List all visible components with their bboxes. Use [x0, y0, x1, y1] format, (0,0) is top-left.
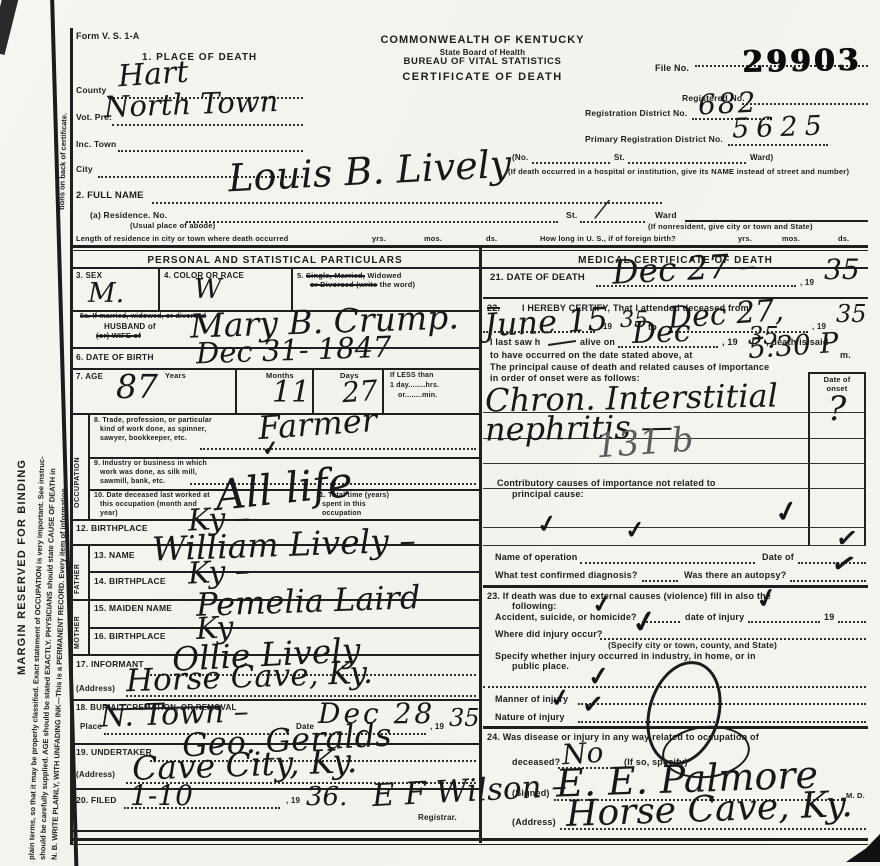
checkmark-icon: ✓ — [581, 691, 605, 718]
dod-year-prefix: , 19 — [800, 278, 814, 287]
primary-reg-label: Primary Registration District No. — [585, 135, 723, 145]
row-line-22 — [483, 297, 868, 299]
filed-value: 1-10 — [130, 782, 193, 810]
certificate-title: CERTIFICATE OF DEATH — [355, 71, 610, 84]
nature-of-injury-label: Nature of injury — [495, 712, 565, 722]
occupation-vertical-label: OCCUPATION — [74, 428, 81, 508]
county-label: County — [76, 86, 106, 96]
checkmark-icon: ✓ — [535, 510, 559, 537]
spouse-condition-label: 5a. If married, widowed, or divorced — [80, 313, 206, 321]
abode-note: (Usual place of abode) — [130, 222, 215, 231]
marital-kept-2: the word) — [380, 280, 416, 289]
less-than-line2: 1 day........hrs. — [390, 382, 439, 390]
full-name-value: Louis B. Lively — [227, 145, 512, 198]
no-line — [532, 162, 610, 164]
certify-from-line — [483, 331, 595, 333]
onset-box-top — [808, 372, 866, 374]
bureau-subtitle: BUREAU OF VITAL STATISTICS — [355, 57, 610, 68]
burial-year-value: 35 — [449, 706, 480, 730]
occurred-m-label: m. — [840, 350, 851, 360]
trade-label-line3: sawyer, bookkeeper, etc. — [100, 435, 187, 443]
mother-birthplace-label: 16. BIRTHPLACE — [94, 632, 166, 642]
form-left-border — [70, 28, 73, 845]
age-years-value: 87 — [116, 370, 158, 403]
lastwork-label-line3: year) — [100, 510, 118, 518]
spouse-wife-label: (or) WIFE of — [96, 332, 141, 341]
father-name-label: 13. NAME — [94, 551, 135, 561]
precinct-line — [112, 124, 303, 126]
test-label: What test confirmed diagnosis? — [495, 570, 638, 580]
trade-label-line1: 8. Trade, profession, or particular — [94, 417, 212, 425]
test-line — [642, 580, 678, 582]
specify-line2: public place. — [512, 661, 569, 671]
cause-rule-3 — [483, 463, 866, 464]
table-bottom-border — [70, 838, 868, 841]
principal-cause-line1: The principal cause of death and related… — [490, 362, 769, 372]
inc-town-line — [118, 150, 303, 152]
full-name-line — [152, 202, 662, 204]
length-mos: mos. — [424, 235, 442, 244]
lastsaw-label-1: I last saw h — [490, 337, 540, 347]
table-bottom-border-2 — [70, 844, 868, 845]
item23-line2: following: — [512, 601, 557, 611]
father-vertical-label: FATHER — [74, 552, 81, 594]
filed-year-prefix: , 19 — [286, 796, 300, 805]
signed-label: (Signed) — [512, 788, 550, 798]
inc-town-label: Inc. Town — [76, 140, 116, 150]
st-label: St. — [614, 153, 625, 162]
age-label: 7. AGE — [76, 372, 103, 381]
date-of-death-value: Dec 27 – — [611, 248, 756, 288]
length-residence-label: Length of residence in city or town wher… — [76, 235, 288, 244]
injury-19-label: 19 — [824, 612, 834, 622]
manner-of-injury-line — [578, 703, 866, 705]
filed-label: 20. FILED — [76, 796, 117, 806]
residence-label: (a) Residence. No. — [90, 211, 167, 221]
less-than-line3: or........min. — [398, 392, 437, 400]
city-label: City — [76, 165, 93, 175]
lastsaw-year-prefix: , 19 — [722, 337, 738, 347]
injury-date-label: date of injury — [685, 612, 744, 622]
physician-address-label: (Address) — [512, 817, 556, 827]
where-injury-label: Where did injury occur? — [495, 629, 603, 639]
lastsaw-value: Dec — [631, 317, 691, 349]
filed-year-value: 36. — [306, 784, 347, 810]
residence-ward-label: Ward — [655, 211, 677, 221]
pen-stroke-him — [548, 340, 576, 346]
residence-st-line — [580, 221, 645, 223]
checkmark-icon: ✓ — [587, 663, 611, 691]
residence-line — [186, 221, 558, 223]
burial-place-label: Place — [80, 722, 102, 731]
full-name-label: 2. FULL NAME — [76, 191, 144, 202]
file-no-label: File No. — [655, 63, 689, 73]
date-of-death-label: 21. DATE OF DEATH — [490, 273, 585, 284]
trade-label-line2: kind of work done, as spinner, — [100, 426, 206, 434]
lastsaw-label-2: alive on — [580, 337, 615, 347]
undertaker-address-label: (Address) — [76, 770, 115, 779]
onset-box-left — [808, 372, 810, 545]
color-race-value: W — [194, 276, 222, 303]
howlong-yrs: yrs. — [738, 235, 752, 244]
checkmark-icon: ✓ — [753, 584, 780, 615]
howlong-mos: mos. — [782, 235, 800, 244]
registered-no-line — [742, 103, 868, 105]
commonwealth-title: COMMONWEALTH OF KENTUCKY — [355, 34, 610, 47]
cause-code-value: 131 b — [595, 423, 695, 464]
sex-value: M. — [88, 280, 124, 307]
scan-smudge — [0, 0, 19, 55]
row-line-9 — [88, 457, 479, 459]
contributory-label-line1: Contributory causes of importance not re… — [497, 478, 716, 488]
residence-st-stroke: ⁄ — [600, 198, 604, 222]
onset-value: ? — [828, 392, 846, 426]
spouse-husband-label: HUSBAND of — [104, 322, 156, 331]
row-line-16 — [88, 627, 479, 629]
industry-label-line3: sawmill, bank, etc. — [100, 478, 165, 486]
checkmark-icon: ✓ — [624, 517, 647, 543]
specify-city-note: (Specify city or town, county, and State… — [608, 641, 777, 651]
howlong-label: How long in U. S., if of foreign birth? — [540, 235, 676, 244]
less-than-line1: If LESS than — [390, 372, 434, 380]
certify-from-value: June 15 — [483, 303, 608, 341]
father-birthplace-label: 14. BIRTHPLACE — [94, 577, 166, 587]
checkmark-icon: ✓ — [261, 437, 280, 459]
time-of-death-value: 5:30 P — [747, 329, 839, 363]
cell-line-age-months — [235, 370, 237, 413]
marital-label-line2: or Divorced (write the word) — [310, 281, 415, 290]
industry-label-line2: work was done, as silk mill, — [100, 469, 197, 477]
injury-date-line — [748, 621, 820, 623]
operation-label: Name of operation — [495, 552, 577, 562]
precinct-value: North Town — [104, 87, 279, 122]
checkmark-icon: ✓ — [548, 684, 572, 711]
onset-box-right — [864, 372, 866, 545]
lastwork-label-line2: this occupation (month and — [100, 501, 197, 509]
length-ds: ds. — [486, 235, 497, 244]
nonresident-note: (If nonresident, give city or town and S… — [648, 223, 813, 232]
item23-line1: 23. If death was due to external causes … — [487, 591, 771, 601]
form-number: Form V. S. 1-A — [76, 31, 139, 41]
primary-reg-value: 5625 — [732, 112, 830, 142]
birthplace-label: 12. BIRTHPLACE — [76, 524, 148, 534]
trade-line — [200, 448, 476, 450]
death-certificate-scan: MARGIN RESERVED FOR BINDING N. B. WRITE … — [0, 0, 880, 866]
autopsy-label: Was there an autopsy? — [684, 570, 786, 580]
age-months-value: 11 — [272, 378, 310, 408]
hospital-note: (If death occurred in a hospital or inst… — [508, 168, 849, 177]
marital-prefix: 5. — [297, 271, 304, 280]
residence-st-label: St. — [566, 211, 577, 221]
ward-label: Ward) — [750, 153, 773, 162]
checkmark-icon: ✓ — [630, 606, 660, 640]
checkmark-icon: ✓ — [590, 591, 613, 618]
contributory-label-line2: principal cause: — [512, 489, 584, 499]
industry-label-line1: 9. Industry or business in which — [94, 460, 207, 468]
heavy-line-23 — [483, 585, 868, 588]
length-yrs: yrs. — [372, 235, 386, 244]
column-divider — [479, 245, 482, 843]
row-line-12 — [70, 519, 479, 521]
row-line-14 — [88, 571, 479, 573]
certify-to-year: 35 — [836, 302, 867, 326]
dob-label: 6. DATE OF BIRTH — [76, 353, 154, 363]
st-line — [628, 162, 746, 164]
burial-year-prefix: , 19 — [430, 722, 444, 731]
cell-line-days-less — [382, 370, 384, 413]
physician-address-value: Horse Cave, Ky. — [565, 787, 853, 833]
personal-section-title: PERSONAL AND STATISTICAL PARTICULARS — [70, 255, 480, 267]
howlong-ds: ds. — [838, 235, 849, 244]
certify-from-year-prefix: , 19 — [598, 322, 612, 331]
lastwork-label-line1: 10. Date deceased last worked at — [94, 492, 210, 500]
accident-label: Accident, suicide, or homicide? — [495, 612, 637, 622]
autopsy-line — [790, 580, 866, 582]
checkmark-icon: ✓ — [772, 496, 801, 528]
no-label: (No. — [512, 153, 528, 162]
reg-district-label: Registration District No. — [585, 109, 687, 119]
totaltime-label-line3: occupation — [322, 510, 361, 518]
left-column-bottom-line — [70, 830, 479, 832]
operation-line — [580, 562, 755, 564]
scan-artifact — [846, 832, 880, 862]
informant-address-label: (Address) — [76, 684, 115, 693]
age-years-unit: Years — [165, 372, 186, 381]
nature-of-injury-line — [578, 721, 866, 723]
registrar-label: Registrar. — [418, 813, 457, 822]
occurred-label: to have occurred on the date stated abov… — [490, 350, 693, 360]
dob-value: Dec 31- 1847 — [196, 333, 393, 369]
marital-struck-2: or Divorced (write — [310, 280, 377, 289]
dod-year-value: 35 — [824, 256, 860, 284]
cell-line-sex-color — [158, 268, 160, 310]
margin-binding-text: MARGIN RESERVED FOR BINDING — [16, 295, 28, 675]
maiden-name-label: 15. MAIDEN NAME — [94, 604, 172, 614]
margin-note-line-4: tions on back of certificate. — [57, 60, 70, 210]
occupation-inner-line — [88, 413, 90, 519]
informant-address-value: Horse Cave, Ky. — [126, 658, 374, 698]
marital-struck-1: Single, Married, — [306, 271, 365, 280]
injury-19-line — [838, 621, 866, 623]
specify-line1: Specify whether injury occurred in indus… — [495, 651, 756, 661]
contributory-rule-2 — [483, 545, 866, 546]
file-no-stamp: 29903 — [742, 43, 862, 80]
deceased-label: deceased? — [512, 757, 560, 767]
operation-date-label: Date of — [762, 552, 794, 562]
mother-vertical-label: MOTHER — [74, 607, 81, 649]
marital-kept-1: Widowed — [367, 271, 401, 280]
